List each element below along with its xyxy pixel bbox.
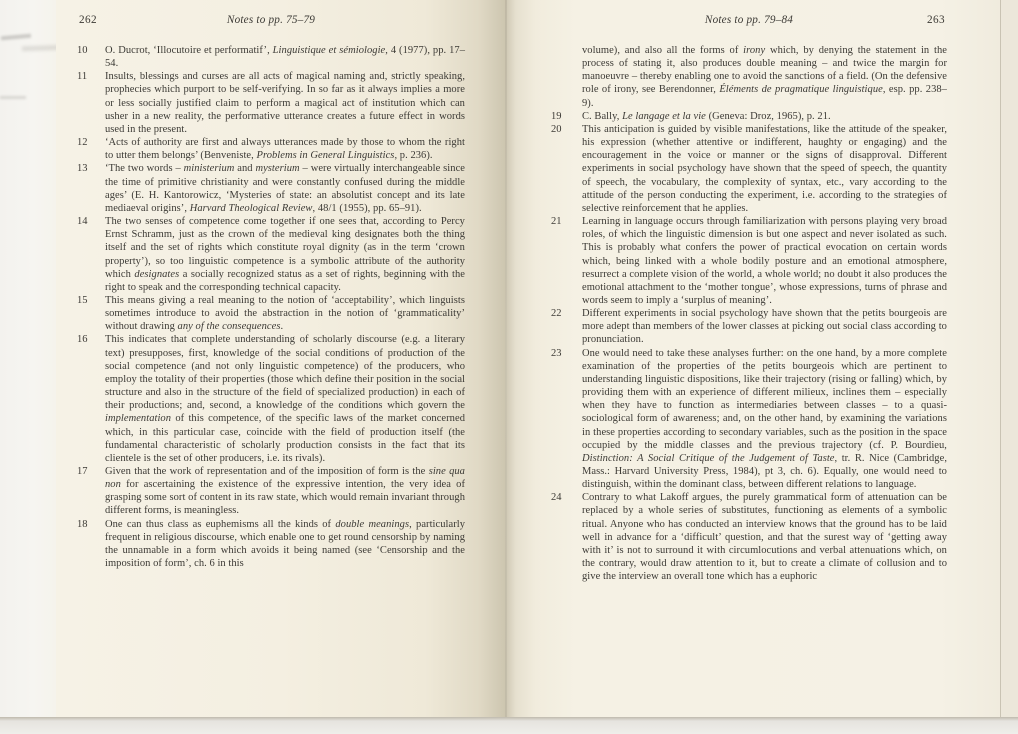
endnote-number: 20	[551, 123, 562, 136]
left-page-header: 262 Notes to pp. 75–79	[77, 14, 465, 31]
endnotes-list: 10O. Ducrot, ‘Illocutoire et performatif…	[77, 44, 465, 570]
endnote-number: 11	[77, 70, 87, 83]
endnote-item: 24Contrary to what Lakoff argues, the pu…	[551, 491, 947, 583]
endnote-text: This anticipation is guided by visible m…	[582, 124, 947, 214]
endnote-item: 15This means giving a real meaning to th…	[77, 294, 465, 333]
endnote-item: 18One can thus class as euphemisms all t…	[77, 518, 465, 571]
book-scan: 262 Notes to pp. 75–79 10O. Ducrot, ‘Ill…	[0, 0, 1018, 734]
endnote-text: ‘The two words – ministerium and mysteri…	[105, 163, 465, 213]
endnote-item: 12‘Acts of authority are first and alway…	[77, 136, 465, 162]
page-edge-right	[1000, 0, 1018, 717]
endnote-number: 24	[551, 491, 562, 504]
endnote-item: 10O. Ducrot, ‘Illocutoire et performatif…	[77, 44, 465, 70]
endnote-text: ‘Acts of authority are first and always …	[105, 137, 465, 161]
endnote-number: 21	[551, 215, 562, 228]
endnote-text: The two senses of competence come togeth…	[105, 216, 465, 293]
endnote-text: O. Ducrot, ‘Illocutoire et performatif’,…	[105, 45, 465, 69]
endnote-item: 11Insults, blessings and curses are all …	[77, 70, 465, 136]
endnote-item: 23One would need to take these analyses …	[551, 347, 947, 492]
left-page-text-block: 262 Notes to pp. 75–79 10O. Ducrot, ‘Ill…	[77, 14, 465, 570]
page-number: 262	[79, 14, 97, 26]
endnotes-list: volume), and also all the forms of irony…	[551, 44, 947, 583]
pencil-smudge-mark	[0, 96, 26, 99]
endnote-number: 10	[77, 44, 88, 57]
endnote-number: 13	[77, 162, 88, 175]
endnote-number: 14	[77, 215, 88, 228]
endnote-text: volume), and also all the forms of irony…	[582, 45, 947, 109]
gutter-shadow	[505, 0, 507, 717]
endnote-continuation: volume), and also all the forms of irony…	[551, 44, 947, 110]
endnote-text: This means giving a real meaning to the …	[105, 295, 465, 332]
endnote-number: 17	[77, 465, 88, 478]
endnote-number: 15	[77, 294, 88, 307]
endnote-number: 19	[551, 110, 562, 123]
endnote-number: 12	[77, 136, 88, 149]
endnote-number: 16	[77, 333, 88, 346]
page-edge-left	[0, 0, 56, 717]
endnote-item: 21Learning in language occurs through fa…	[551, 215, 947, 307]
endnote-number: 18	[77, 518, 88, 531]
endnote-item: 17Given that the work of representation …	[77, 465, 465, 518]
endnote-text: Learning in language occurs through fami…	[582, 216, 947, 306]
page-number: 263	[927, 14, 945, 26]
endnote-text: C. Bally, Le langage et la vie (Geneva: …	[582, 111, 831, 122]
endnote-item: 22Different experiments in social psycho…	[551, 307, 947, 346]
right-page-header: Notes to pp. 79–84 263	[551, 14, 947, 31]
page-edge-bottom	[0, 717, 1018, 734]
endnote-text: One can thus class as euphemisms all the…	[105, 519, 465, 569]
endnote-item: 14The two senses of competence come toge…	[77, 215, 465, 294]
endnote-item: 20This anticipation is guided by visible…	[551, 123, 947, 215]
endnote-text: Contrary to what Lakoff argues, the pure…	[582, 492, 947, 582]
endnote-text: Given that the work of representation an…	[105, 466, 465, 516]
endnote-text: Insults, blessings and curses are all ac…	[105, 71, 465, 135]
endnote-text: Different experiments in social psycholo…	[582, 308, 947, 345]
endnote-text: One would need to take these analyses fu…	[582, 348, 947, 491]
endnote-item: 16This indicates that complete understan…	[77, 333, 465, 465]
right-page-text-block: Notes to pp. 79–84 263 volume), and also…	[551, 14, 947, 583]
endnote-item: 19C. Bally, Le langage et la vie (Geneva…	[551, 110, 947, 123]
endnote-item: 13‘The two words – ministerium and myste…	[77, 162, 465, 215]
endnote-text: This indicates that complete understandi…	[105, 334, 465, 463]
endnote-number: 23	[551, 347, 562, 360]
running-head: Notes to pp. 79–84	[551, 14, 947, 26]
running-head: Notes to pp. 75–79	[77, 14, 465, 26]
endnote-number: 22	[551, 307, 562, 320]
